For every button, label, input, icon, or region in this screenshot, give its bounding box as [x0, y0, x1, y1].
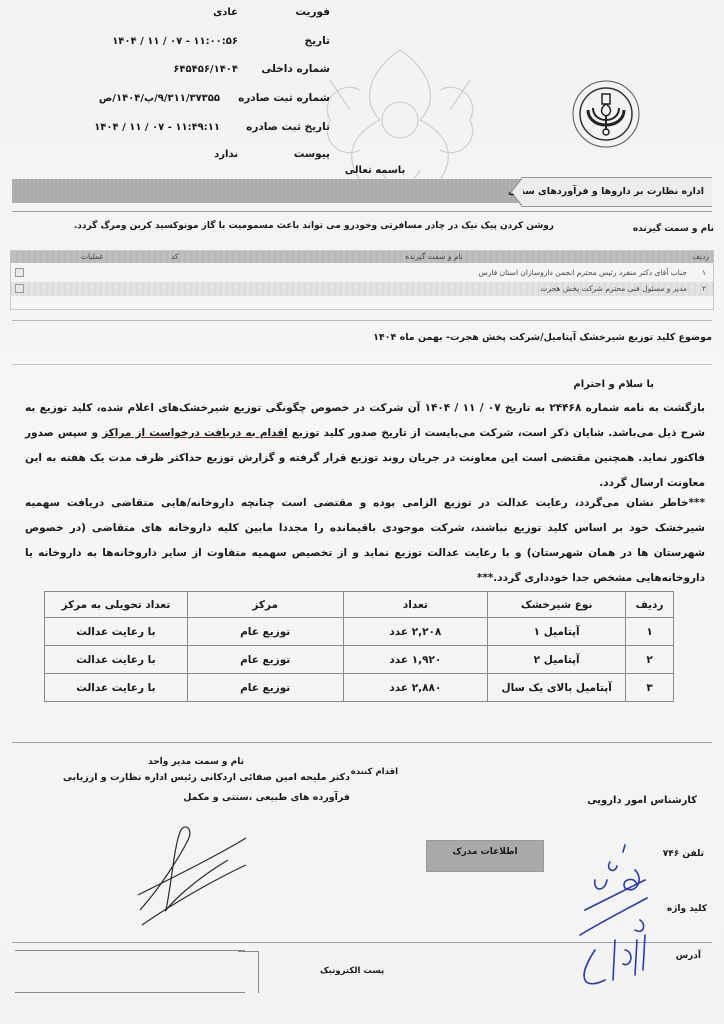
email-label: پست الکترونیک [320, 966, 384, 976]
department-name: اداره نظارت بر داروها و فرآوردهای سنتی [508, 186, 704, 197]
greeting: با سلام و احترام [573, 379, 654, 390]
underlined-instruction: اقدام به دریافت درخواست از مراکز [102, 427, 288, 439]
distribution-table: ردیف نوع شیرخشک تعداد مرکز تعداد تحویلی … [44, 591, 674, 702]
department-banner: اداره نظارت بر داروها و فرآوردهای سنتی [12, 177, 712, 207]
safety-note: روشن کردن پیک نیک در چادر مسافرتی وخودرو… [74, 221, 554, 231]
ornament-watermark-icon [300, 40, 500, 200]
recipients-table-header: ردیف نام و سمت گیرنده کد عملیات [11, 251, 713, 263]
table-row: ۲ آپتامیل ۲ ۱,۹۲۰ عدد توزیع عام با رعایت… [45, 646, 674, 674]
meta-row-date: تاریخ ۱۴۰۴ / ۱۱ / ۰۷ - ۱۱:۰۰:۵۶ [112, 31, 330, 51]
meta-row-outgoing-number: شماره ثبت صادره ۹/۳۱۱/۳۷۳۵۵/پ/۱۴۰۴/ص [99, 88, 330, 108]
action-by-value: کارشناس امور دارویی [587, 795, 697, 806]
recipients-table: ردیف نام و سمت گیرنده کد عملیات ۱ جناب آ… [10, 250, 714, 310]
body-paragraph-1: بازگشت به نامه شماره ۲۴۴۶۸ به تاریخ ۰۷ /… [25, 396, 705, 496]
table-row: ۳ آپتامیل بالای یک سال ۲,۸۸۰ عدد توزیع ع… [45, 674, 674, 702]
manager-label: نام و سمت مدیر واحد [148, 757, 244, 767]
banner-bar [12, 179, 532, 203]
recipient-row: ۲ مدیر و مسئول فنی محترم شرکت پخش هجرت [11, 282, 713, 296]
letter-page: فوریت عادی تاریخ ۱۴۰۴ / ۱۱ / ۰۷ - ۱۱:۰۰:… [0, 0, 724, 1024]
meta-row-priority: فوریت عادی [213, 2, 330, 22]
bismillah-heading: باسمه تعالی [330, 165, 420, 176]
signature-icon [118, 820, 258, 930]
handwritten-note-icon [565, 840, 675, 1000]
document-info-button[interactable]: اطلاعات مدرک [426, 840, 544, 872]
divider [12, 742, 712, 743]
divider [12, 364, 712, 365]
email-field-box [15, 950, 245, 993]
department-tag: اداره نظارت بر داروها و فرآوردهای سنتی [522, 177, 712, 207]
letter-subject: موضوع کلید توزیع شیرخشک آپتامیل/شرکت پخش… [373, 332, 712, 343]
manager-name: دکتر ملیحه امین صفائی اردکانی رئیس اداره… [40, 768, 350, 808]
table-row: ۱ آپتامیل ۱ ۲,۲۰۸ عدد توزیع عام با رعایت… [45, 618, 674, 646]
action-by-label: اقدام کننده [351, 767, 398, 777]
divider [12, 320, 712, 321]
table-header-row: ردیف نوع شیرخشک تعداد مرکز تعداد تحویلی … [45, 592, 674, 618]
recipient-label: نام و سمت گیرنده [633, 224, 714, 234]
body-paragraph-2: ***خاطر نشان می‌گردد، رعایت عدالت در توز… [25, 491, 705, 591]
divider [12, 211, 712, 212]
view-operation-icon[interactable] [15, 268, 24, 277]
university-emblem-icon [570, 78, 642, 150]
recipient-row: ۱ جناب آقای دکتر منفرد رئیس محترم انجمن … [11, 266, 713, 280]
meta-row-outgoing-date: تاریخ ثبت صادره ۱۴۰۴ / ۱۱ / ۰۷ - ۱۱:۴۹:۱… [94, 117, 330, 137]
view-operation-icon[interactable] [15, 284, 24, 293]
address-field: آدرس [676, 951, 701, 961]
